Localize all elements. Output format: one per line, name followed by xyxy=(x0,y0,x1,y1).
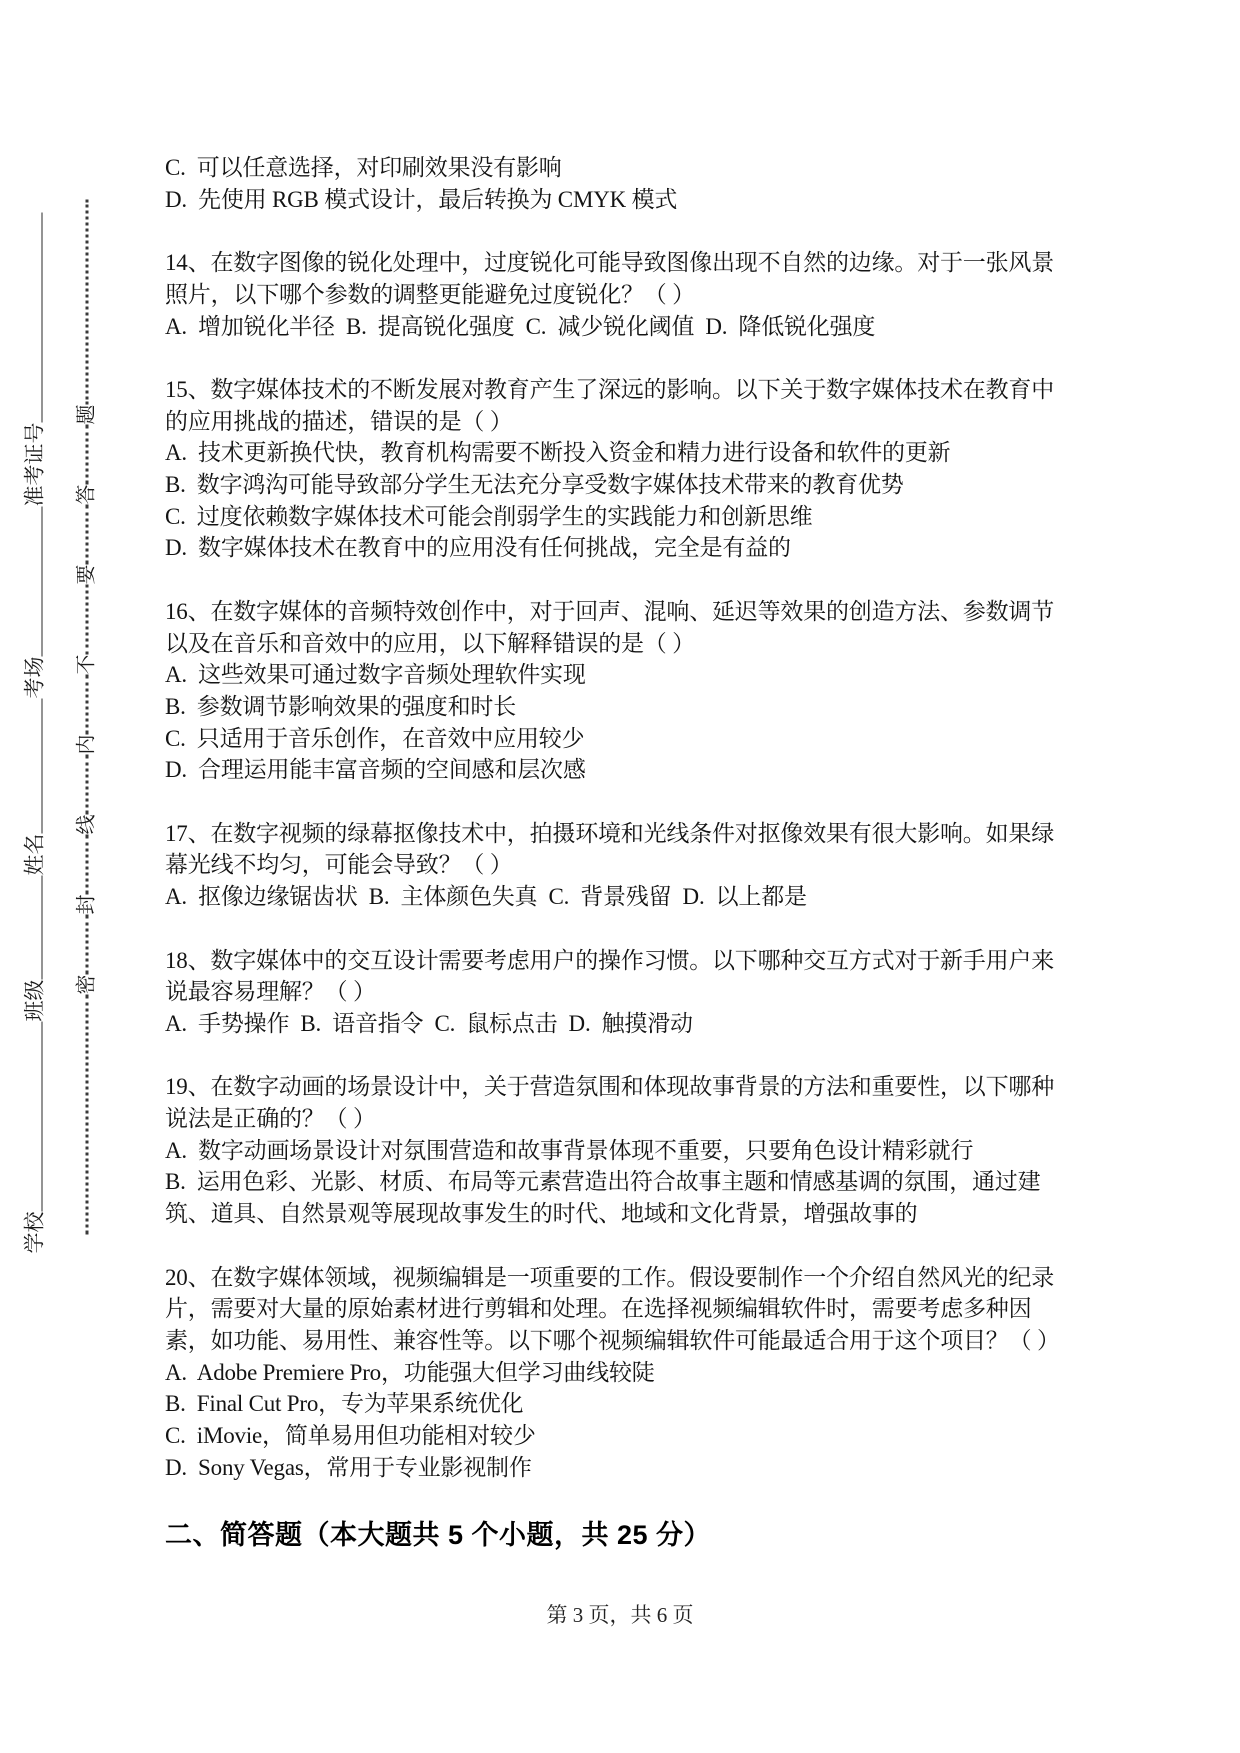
student-field-blank-line xyxy=(27,699,43,834)
seal-line-char: 要 xyxy=(72,565,102,585)
question-line: A. 数字动画场景设计对氛围营造和故事背景体现不重要，只要角色设计精彩就行 xyxy=(165,1135,1080,1167)
question-line: C. 可以任意选择，对印刷效果没有影响 xyxy=(165,152,1080,184)
student-field-label: 考场 xyxy=(17,657,53,699)
questions: C. 可以任意选择，对印刷效果没有影响D. 先使用 RGB 模式设计，最后转换为… xyxy=(165,152,1080,1483)
question-block: 19、在数字动画的场景设计中，关于营造氛围和体现故事背景的方法和重要性，以下哪种… xyxy=(165,1071,1080,1230)
question-block: C. 可以任意选择，对印刷效果没有影响D. 先使用 RGB 模式设计，最后转换为… xyxy=(165,152,1080,215)
seal-line-dots xyxy=(85,585,88,655)
seal-line-char: 答 xyxy=(72,485,102,505)
seal-line-dots xyxy=(85,505,88,565)
question-block: 16、在数字媒体的音频特效创作中，对于回声、混响、延迟等效果的创造方法、参数调节… xyxy=(165,596,1080,786)
question-line: 以及在音乐和音效中的应用，以下解释错误的是（ ） xyxy=(165,628,1080,660)
question-line: 19、在数字动画的场景设计中，关于营造氛围和体现故事背景的方法和重要性，以下哪种 xyxy=(165,1071,1080,1103)
question-line: 说法是正确的？（ ） xyxy=(165,1103,1080,1135)
question-line: A. 增加锐化半径 B. 提高锐化强度 C. 减少锐化阈值 D. 降低锐化强度 xyxy=(165,311,1080,343)
seal-line-dots xyxy=(85,425,88,485)
page-number: 第 3 页，共 6 页 xyxy=(0,1600,1240,1630)
student-field-blank-line xyxy=(27,507,43,657)
question-line: A. 手势操作 B. 语音指令 C. 鼠标点击 D. 触摸滑动 xyxy=(165,1008,1080,1040)
student-field-label: 准考证号 xyxy=(17,423,53,507)
question-block: 14、在数字图像的锐化处理中，过度锐化可能导致图像出现不自然的边缘。对于一张风景… xyxy=(165,247,1080,342)
exam-content: C. 可以任意选择，对印刷效果没有影响D. 先使用 RGB 模式设计，最后转换为… xyxy=(165,152,1080,1555)
question-line: B. 参数调节影响效果的强度和时长 xyxy=(165,691,1080,723)
student-field-blank-line xyxy=(27,213,43,423)
question-line: A. Adobe Premiere Pro，功能强大但学习曲线较陡 xyxy=(165,1357,1080,1389)
seal-line-char: 线 xyxy=(72,815,102,835)
question-line: C. 只适用于音乐创作，在音效中应用较少 xyxy=(165,723,1080,755)
question-line: 14、在数字图像的锐化处理中，过度锐化可能导致图像出现不自然的边缘。对于一张风景 xyxy=(165,247,1080,279)
question-line: B. 数字鸿沟可能导致部分学生无法充分享受数字媒体技术带来的教育优势 xyxy=(165,469,1080,501)
student-field-label: 学校 xyxy=(17,1212,53,1254)
question-block: 15、数字媒体技术的不断发展对教育产生了深远的影响。以下关于数字媒体技术在教育中… xyxy=(165,374,1080,564)
question-line: 说最容易理解？（ ） xyxy=(165,976,1080,1008)
question-block: 17、在数字视频的绿幕抠像技术中，拍摄环境和光线条件对抠像效果有很大影响。如果绿… xyxy=(165,818,1080,913)
student-field-blank-line xyxy=(27,1022,43,1212)
question-line: D. 合理运用能丰富音频的空间感和层次感 xyxy=(165,754,1080,786)
question-block: 20、在数字媒体领域，视频编辑是一项重要的工作。假设要制作一个介绍自然风光的纪录… xyxy=(165,1262,1080,1484)
student-field-blank-line xyxy=(27,876,43,980)
seal-line-dots xyxy=(85,915,88,975)
question-line: B. 运用色彩、光影、材质、布局等元素营造出符合故事主题和情感基调的氛围，通过建 xyxy=(165,1166,1080,1198)
question-line: 16、在数字媒体的音频特效创作中，对于回声、混响、延迟等效果的创造方法、参数调节 xyxy=(165,596,1080,628)
question-line: 片，需要对大量的原始素材进行剪辑和处理。在选择视频编辑软件时，需要考虑多种因 xyxy=(165,1293,1080,1325)
student-field-label: 班级 xyxy=(17,980,53,1022)
student-field-label: 姓名 xyxy=(17,834,53,876)
seal-line-dots xyxy=(85,995,88,1235)
question-line: 15、数字媒体技术的不断发展对教育产生了深远的影响。以下关于数字媒体技术在教育中 xyxy=(165,374,1080,406)
question-line: 照片，以下哪个参数的调整更能避免过度锐化？（ ） xyxy=(165,279,1080,311)
question-line: 筑、道具、自然景观等展现故事发生的时代、地域和文化背景，增强故事的 xyxy=(165,1198,1080,1230)
question-line: D. 数字媒体技术在教育中的应用没有任何挑战，完全是有益的 xyxy=(165,532,1080,564)
question-line: C. iMovie，简单易用但功能相对较少 xyxy=(165,1420,1080,1452)
question-block: 18、数字媒体中的交互设计需要考虑用户的操作习惯。以下哪种交互方式对于新手用户来… xyxy=(165,945,1080,1040)
question-line: A. 抠像边缘锯齿状 B. 主体颜色失真 C. 背景残留 D. 以上都是 xyxy=(165,881,1080,913)
seal-line-dots xyxy=(85,200,88,405)
seal-line-dots xyxy=(85,755,88,815)
question-line: D. Sony Vegas，常用于专业影视制作 xyxy=(165,1452,1080,1484)
seal-line-dots xyxy=(85,675,88,735)
question-line: 幕光线不均匀，可能会导致？（ ） xyxy=(165,849,1080,881)
seal-line-char: 题 xyxy=(72,405,102,425)
question-line: 20、在数字媒体领域，视频编辑是一项重要的工作。假设要制作一个介绍自然风光的纪录 xyxy=(165,1262,1080,1294)
question-line: C. 过度依赖数字媒体技术可能会削弱学生的实践能力和创新思维 xyxy=(165,501,1080,533)
seal-line-char: 内 xyxy=(72,735,102,755)
seal-line-strip: 密封线内不要答题 xyxy=(72,200,102,1235)
question-line: D. 先使用 RGB 模式设计，最后转换为 CMYK 模式 xyxy=(165,184,1080,216)
question-line: 17、在数字视频的绿幕抠像技术中，拍摄环境和光线条件对抠像效果有很大影响。如果绿 xyxy=(165,818,1080,850)
question-line: 的应用挑战的描述，错误的是（ ） xyxy=(165,406,1080,438)
question-line: A. 技术更新换代快，教育机构需要不断投入资金和精力进行设备和软件的更新 xyxy=(165,437,1080,469)
seal-line-char: 不 xyxy=(72,655,102,675)
question-line: 素，如功能、易用性、兼容性等。以下哪个视频编辑软件可能最适合用于这个项目？（ ） xyxy=(165,1325,1080,1357)
question-line: B. Final Cut Pro，专为苹果系统优化 xyxy=(165,1388,1080,1420)
student-info-strip: 学校班级姓名考场准考证号 xyxy=(17,209,53,1254)
seal-line-char: 封 xyxy=(72,895,102,915)
question-line: 18、数字媒体中的交互设计需要考虑用户的操作习惯。以下哪种交互方式对于新手用户来 xyxy=(165,945,1080,977)
section-heading: 二、简答题（本大题共 5 个小题，共 25 分） xyxy=(165,1515,1080,1555)
seal-line-dots xyxy=(85,835,88,895)
question-line: A. 这些效果可通过数字音频处理软件实现 xyxy=(165,659,1080,691)
seal-line-char: 密 xyxy=(72,975,102,995)
exam-paper-page: 学校班级姓名考场准考证号 密封线内不要答题 C. 可以任意选择，对印刷效果没有影… xyxy=(0,0,1240,1753)
